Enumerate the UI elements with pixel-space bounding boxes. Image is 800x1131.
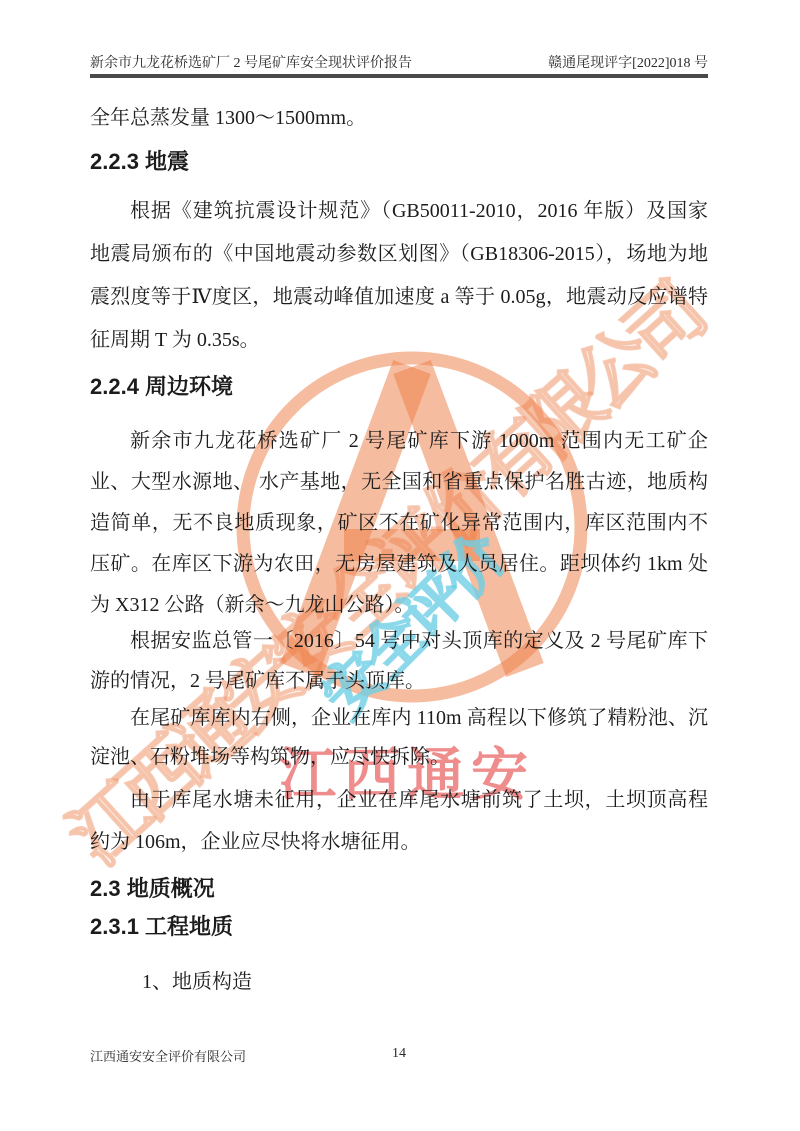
section-heading-2-2-4: 2.2.4 周边环境 (90, 365, 708, 409)
document-page: 江西通安安全评价有限公司 安全评价 江西通安 新余市九龙花桥选矿厂 2 号尾矿库… (0, 0, 800, 1131)
page-header: 新余市九龙花桥选矿厂 2 号尾矿库安全现状评价报告 赣通尾现评字[2022]01… (90, 52, 708, 72)
section-heading-2-2-3: 2.2.3 地震 (90, 140, 708, 184)
paragraph-toudingku: 根据安监总管一〔2016〕54 号中对头顶库的定义及 2 号尾矿库下游的情况，2… (90, 621, 708, 701)
paragraph-evaporation: 全年总蒸发量 1300～1500mm。 (90, 97, 708, 139)
header-doc-number: 赣通尾现评字[2022]018 号 (548, 52, 708, 72)
paragraph-structures: 在尾矿库库内右侧，企业在库内 110m 高程以下修筑了精粉池、沉淀池、石粉堆场等… (90, 699, 708, 777)
footer-page-number: 14 (90, 1046, 708, 1062)
section-heading-2-3-1: 2.3.1 工程地质 (90, 905, 708, 949)
paragraph-geology-item: 1、地质构造 (90, 961, 708, 1003)
paragraph-seismic: 根据《建筑抗震设计规范》（GB50011-2010，2016 年版）及国家地震局… (90, 190, 708, 362)
paragraph-surroundings: 新余市九龙花桥选矿厂 2 号尾矿库下游 1000m 范围内无工矿企业、大型水源地… (90, 421, 708, 626)
header-rule (90, 74, 708, 78)
paragraph-pond: 由于库尾水塘未征用，企业在库尾水塘前筑了土坝，土坝顶高程约为 106m，企业应尽… (90, 779, 708, 863)
header-report-title: 新余市九龙花桥选矿厂 2 号尾矿库安全现状评价报告 (90, 52, 412, 72)
